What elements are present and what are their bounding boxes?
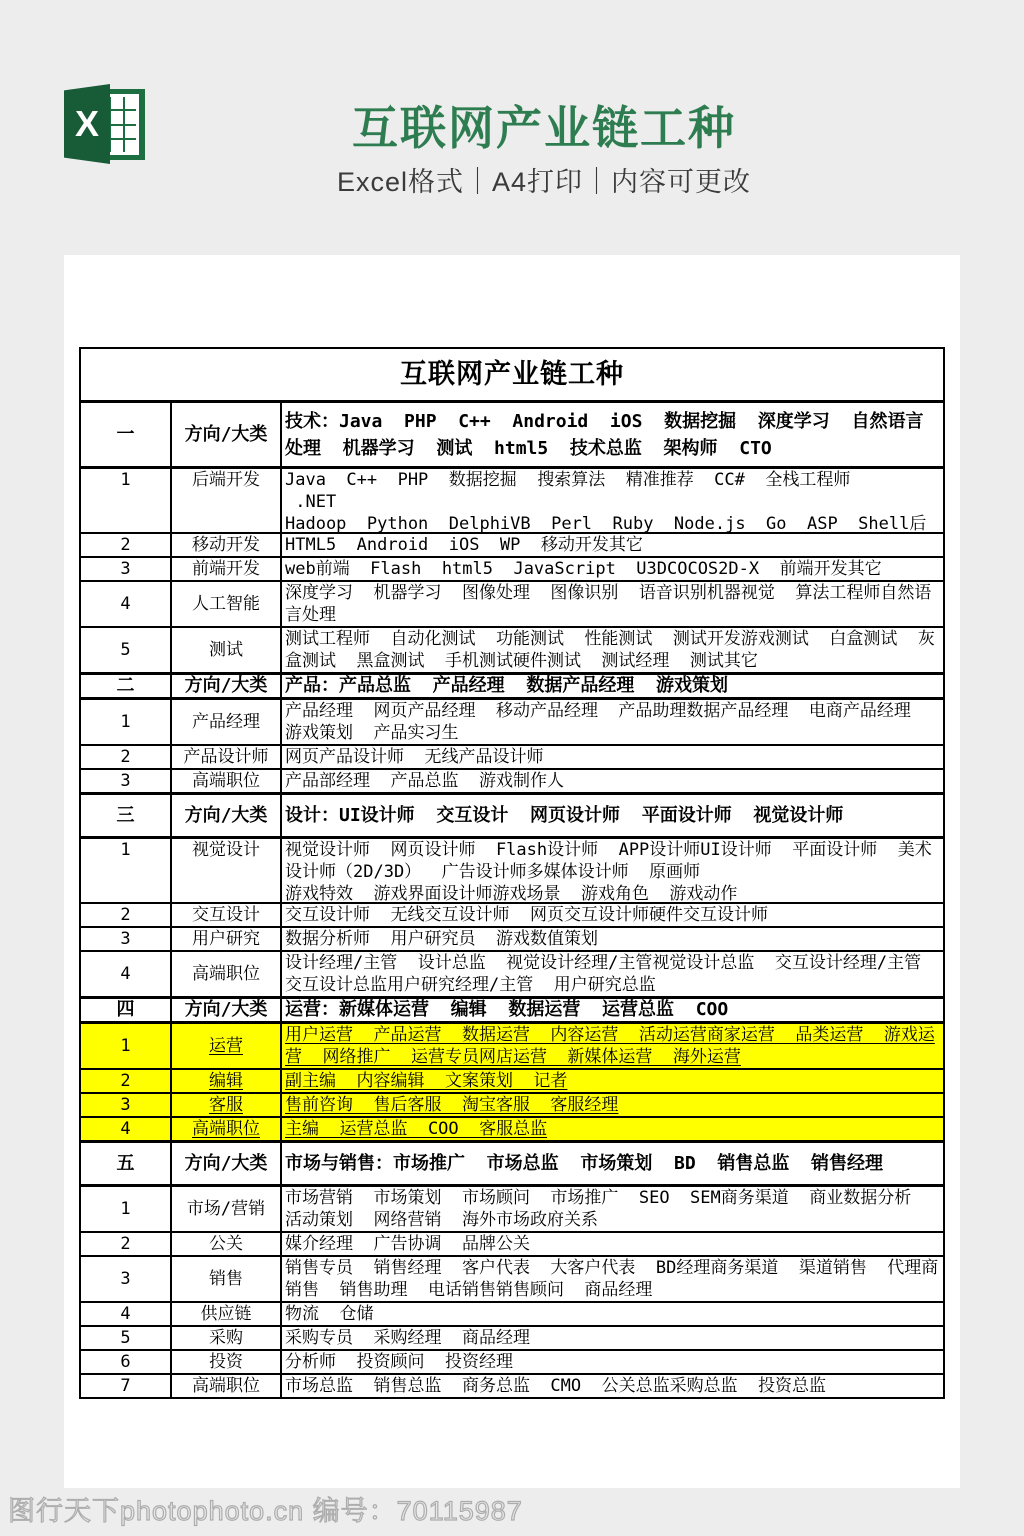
- table-row: 1产品经理产品经理 网页产品经理 移动产品经理 产品助理数据产品经理 电商产品经…: [80, 699, 944, 746]
- content-cell: 产品经理 网页产品经理 移动产品经理 产品助理数据产品经理 电商产品经理 游戏策…: [281, 699, 944, 746]
- section-header-row: 二方向/大类产品：产品总监 产品经理 数据产品经理 游戏策划: [80, 674, 944, 699]
- row-number-cell: 2: [80, 533, 171, 557]
- category-cell: 方向/大类: [171, 402, 281, 468]
- row-number-cell: 5: [80, 1326, 171, 1350]
- table-row: 6投资分析师 投资顾问 投资经理: [80, 1350, 944, 1374]
- category-cell: 公关: [171, 1232, 281, 1256]
- content-cell: 市场营销 市场策划 市场顾问 市场推广 SEO SEM商务渠道 商业数据分析 活…: [281, 1186, 944, 1233]
- table-row: 3前端开发web前端 Flash html5 JavaScript U3DCOC…: [80, 557, 944, 581]
- category-cell: 移动开发: [171, 533, 281, 557]
- row-number-cell: 3: [80, 557, 171, 581]
- row-number-cell: 3: [80, 769, 171, 794]
- sheet-body: 一方向/大类技术：Java PHP C++ Android iOS 数据挖掘 深…: [80, 402, 944, 1399]
- table-row: 3高端职位产品部经理 产品总监 游戏制作人: [80, 769, 944, 794]
- content-cell: 测试工程师 自动化测试 功能测试 性能测试 测试开发游戏测试 白盒测试 灰盒测试…: [281, 627, 944, 674]
- row-number-cell: 6: [80, 1350, 171, 1374]
- content-cell: 副主编 内容编辑 文案策划 记者: [281, 1069, 944, 1093]
- content-cell: 设计：UI设计师 交互设计 网页设计师 平面设计师 视觉设计师: [281, 794, 944, 838]
- category-cell: 后端开发: [171, 468, 281, 534]
- category-cell: 高端职位: [171, 1117, 281, 1142]
- category-cell: 高端职位: [171, 1374, 281, 1398]
- sheet-table: 互联网产业链工种 一方向/大类技术：Java PHP C++ Android i…: [79, 347, 945, 1399]
- content-cell: 设计经理/主管 设计总监 视觉设计经理/主管视觉设计总监 交互设计经理/主管 交…: [281, 951, 944, 998]
- row-number-cell: 1: [80, 1186, 171, 1233]
- content-cell: 采购专员 采购经理 商品经理: [281, 1326, 944, 1350]
- category-cell: 方向/大类: [171, 1142, 281, 1186]
- table-row: 2交互设计交互设计师 无线交互设计师 网页交互设计师硬件交互设计师: [80, 903, 944, 927]
- category-cell: 产品经理: [171, 699, 281, 746]
- section-header-row: 五方向/大类市场与销售：市场推广 市场总监 市场策划 BD 销售总监 销售经理: [80, 1142, 944, 1186]
- table-row: 1运营用户运营 产品运营 数据运营 内容运营 活动运营商家运营 品类运营 游戏运…: [80, 1023, 944, 1070]
- content-cell: web前端 Flash html5 JavaScript U3DCOCOS2D-…: [281, 557, 944, 581]
- page-header: X 互联网产业链工种 Excel格式｜A4打印｜内容可更改: [0, 0, 1024, 255]
- watermark-text: 图行天下photophoto.cn 编号：70115987: [8, 1489, 523, 1528]
- section-header-row: 一方向/大类技术：Java PHP C++ Android iOS 数据挖掘 深…: [80, 402, 944, 468]
- row-number-cell: 4: [80, 1117, 171, 1142]
- category-cell: 客服: [171, 1093, 281, 1117]
- table-row: 1市场/营销市场营销 市场策划 市场顾问 市场推广 SEO SEM商务渠道 商业…: [80, 1186, 944, 1233]
- section-header-row: 四方向/大类运营：新媒体运营 编辑 数据运营 运营总监 COO: [80, 998, 944, 1023]
- content-cell: 市场与销售：市场推广 市场总监 市场策划 BD 销售总监 销售经理: [281, 1142, 944, 1186]
- category-cell: 供应链: [171, 1302, 281, 1326]
- row-number-cell: 四: [80, 998, 171, 1023]
- row-number-cell: 1: [80, 699, 171, 746]
- table-row: 4供应链物流 仓储: [80, 1302, 944, 1326]
- row-number-cell: 3: [80, 927, 171, 951]
- row-number-cell: 1: [80, 468, 171, 534]
- row-number-cell: 4: [80, 1302, 171, 1326]
- row-number-cell: 4: [80, 951, 171, 998]
- content-cell: Java C++ PHP 数据挖掘 搜索算法 精准推荐 CC# 全栈工程师 .N…: [281, 468, 944, 534]
- table-row: 4高端职位设计经理/主管 设计总监 视觉设计经理/主管视觉设计总监 交互设计经理…: [80, 951, 944, 998]
- table-row: 1视觉设计视觉设计师 网页设计师 Flash设计师 APP设计师UI设计师 平面…: [80, 838, 944, 904]
- sheet-title-row: 互联网产业链工种: [80, 348, 944, 402]
- table-row: 7高端职位市场总监 销售总监 商务总监 CMO 公关总监采购总监 投资总监: [80, 1374, 944, 1398]
- content-cell: 市场总监 销售总监 商务总监 CMO 公关总监采购总监 投资总监: [281, 1374, 944, 1398]
- content-cell: 产品：产品总监 产品经理 数据产品经理 游戏策划: [281, 674, 944, 699]
- table-row: 4人工智能深度学习 机器学习 图像处理 图像识别 语音识别机器视觉 算法工程师自…: [80, 581, 944, 627]
- content-cell: 用户运营 产品运营 数据运营 内容运营 活动运营商家运营 品类运营 游戏运营 网…: [281, 1023, 944, 1070]
- category-cell: 人工智能: [171, 581, 281, 627]
- row-number-cell: 2: [80, 1232, 171, 1256]
- table-row: 2公关媒介经理 广告协调 品牌公关: [80, 1232, 944, 1256]
- table-row: 2移动开发HTML5 Android iOS WP 移动开发其它: [80, 533, 944, 557]
- table-row: 2产品设计师网页产品设计师 无线产品设计师: [80, 745, 944, 769]
- row-number-cell: 7: [80, 1374, 171, 1398]
- row-number-cell: 一: [80, 402, 171, 468]
- content-cell: HTML5 Android iOS WP 移动开发其它: [281, 533, 944, 557]
- row-number-cell: 3: [80, 1256, 171, 1302]
- content-cell: 技术：Java PHP C++ Android iOS 数据挖掘 深度学习 自然…: [281, 402, 944, 468]
- excel-cover-graphic: X: [64, 84, 110, 164]
- category-cell: 销售: [171, 1256, 281, 1302]
- content-cell: 主编 运营总监 COO 客服总监: [281, 1117, 944, 1142]
- content-cell: 运营：新媒体运营 编辑 数据运营 运营总监 COO: [281, 998, 944, 1023]
- category-cell: 投资: [171, 1350, 281, 1374]
- excel-logo-icon: X: [64, 84, 146, 164]
- clipped-content: 视觉设计师 网页设计师 Flash设计师 APP设计师UI设计师 平面设计师 美…: [285, 839, 940, 902]
- content-cell: 产品部经理 产品总监 游戏制作人: [281, 769, 944, 794]
- category-cell: 产品设计师: [171, 745, 281, 769]
- content-cell: 交互设计师 无线交互设计师 网页交互设计师硬件交互设计师: [281, 903, 944, 927]
- category-cell: 方向/大类: [171, 998, 281, 1023]
- category-cell: 测试: [171, 627, 281, 674]
- table-row: 3用户研究数据分析师 用户研究员 游戏数值策划: [80, 927, 944, 951]
- row-number-cell: 1: [80, 1023, 171, 1070]
- paper: 互联网产业链工种 一方向/大类技术：Java PHP C++ Android i…: [64, 255, 960, 1488]
- category-cell: 前端开发: [171, 557, 281, 581]
- table-row: 4高端职位主编 运营总监 COO 客服总监: [80, 1117, 944, 1142]
- row-number-cell: 4: [80, 581, 171, 627]
- row-number-cell: 1: [80, 838, 171, 904]
- row-number-cell: 五: [80, 1142, 171, 1186]
- table-row: 1后端开发Java C++ PHP 数据挖掘 搜索算法 精准推荐 CC# 全栈工…: [80, 468, 944, 534]
- category-cell: 采购: [171, 1326, 281, 1350]
- row-number-cell: 2: [80, 745, 171, 769]
- table-row: 5采购采购专员 采购经理 商品经理: [80, 1326, 944, 1350]
- content-cell: 深度学习 机器学习 图像处理 图像识别 语音识别机器视觉 算法工程师自然语言处理: [281, 581, 944, 627]
- category-cell: 视觉设计: [171, 838, 281, 904]
- content-cell: 分析师 投资顾问 投资经理: [281, 1350, 944, 1374]
- content-cell: 网页产品设计师 无线产品设计师: [281, 745, 944, 769]
- row-number-cell: 二: [80, 674, 171, 699]
- page-subtitle: Excel格式｜A4打印｜内容可更改: [144, 160, 944, 199]
- category-cell: 运营: [171, 1023, 281, 1070]
- table-row: 3销售销售专员 销售经理 客户代表 大客户代表 BD经理商务渠道 渠道销售 代理…: [80, 1256, 944, 1302]
- row-number-cell: 三: [80, 794, 171, 838]
- row-number-cell: 2: [80, 1069, 171, 1093]
- category-cell: 编辑: [171, 1069, 281, 1093]
- content-cell: 销售专员 销售经理 客户代表 大客户代表 BD经理商务渠道 渠道销售 代理商销售…: [281, 1256, 944, 1302]
- table-row: 2编辑副主编 内容编辑 文案策划 记者: [80, 1069, 944, 1093]
- content-cell: 视觉设计师 网页设计师 Flash设计师 APP设计师UI设计师 平面设计师 美…: [281, 838, 944, 904]
- excel-x-letter: X: [75, 103, 99, 145]
- category-cell: 交互设计: [171, 903, 281, 927]
- category-cell: 方向/大类: [171, 674, 281, 699]
- page-title: 互联网产业链工种: [144, 92, 944, 158]
- category-cell: 用户研究: [171, 927, 281, 951]
- category-cell: 高端职位: [171, 951, 281, 998]
- category-cell: 高端职位: [171, 769, 281, 794]
- section-header-row: 三方向/大类设计：UI设计师 交互设计 网页设计师 平面设计师 视觉设计师: [80, 794, 944, 838]
- sheet-title: 互联网产业链工种: [80, 348, 944, 402]
- content-cell: 数据分析师 用户研究员 游戏数值策划: [281, 927, 944, 951]
- category-cell: 方向/大类: [171, 794, 281, 838]
- content-cell: 媒介经理 广告协调 品牌公关: [281, 1232, 944, 1256]
- content-cell: 物流 仓储: [281, 1302, 944, 1326]
- content-cell: 售前咨询 售后客服 淘宝客服 客服经理: [281, 1093, 944, 1117]
- clipped-content: Java C++ PHP 数据挖掘 搜索算法 精准推荐 CC# 全栈工程师 .N…: [285, 469, 940, 532]
- row-number-cell: 5: [80, 627, 171, 674]
- row-number-cell: 2: [80, 903, 171, 927]
- table-row: 5测试测试工程师 自动化测试 功能测试 性能测试 测试开发游戏测试 白盒测试 灰…: [80, 627, 944, 674]
- category-cell: 市场/营销: [171, 1186, 281, 1233]
- row-number-cell: 3: [80, 1093, 171, 1117]
- table-row: 3客服售前咨询 售后客服 淘宝客服 客服经理: [80, 1093, 944, 1117]
